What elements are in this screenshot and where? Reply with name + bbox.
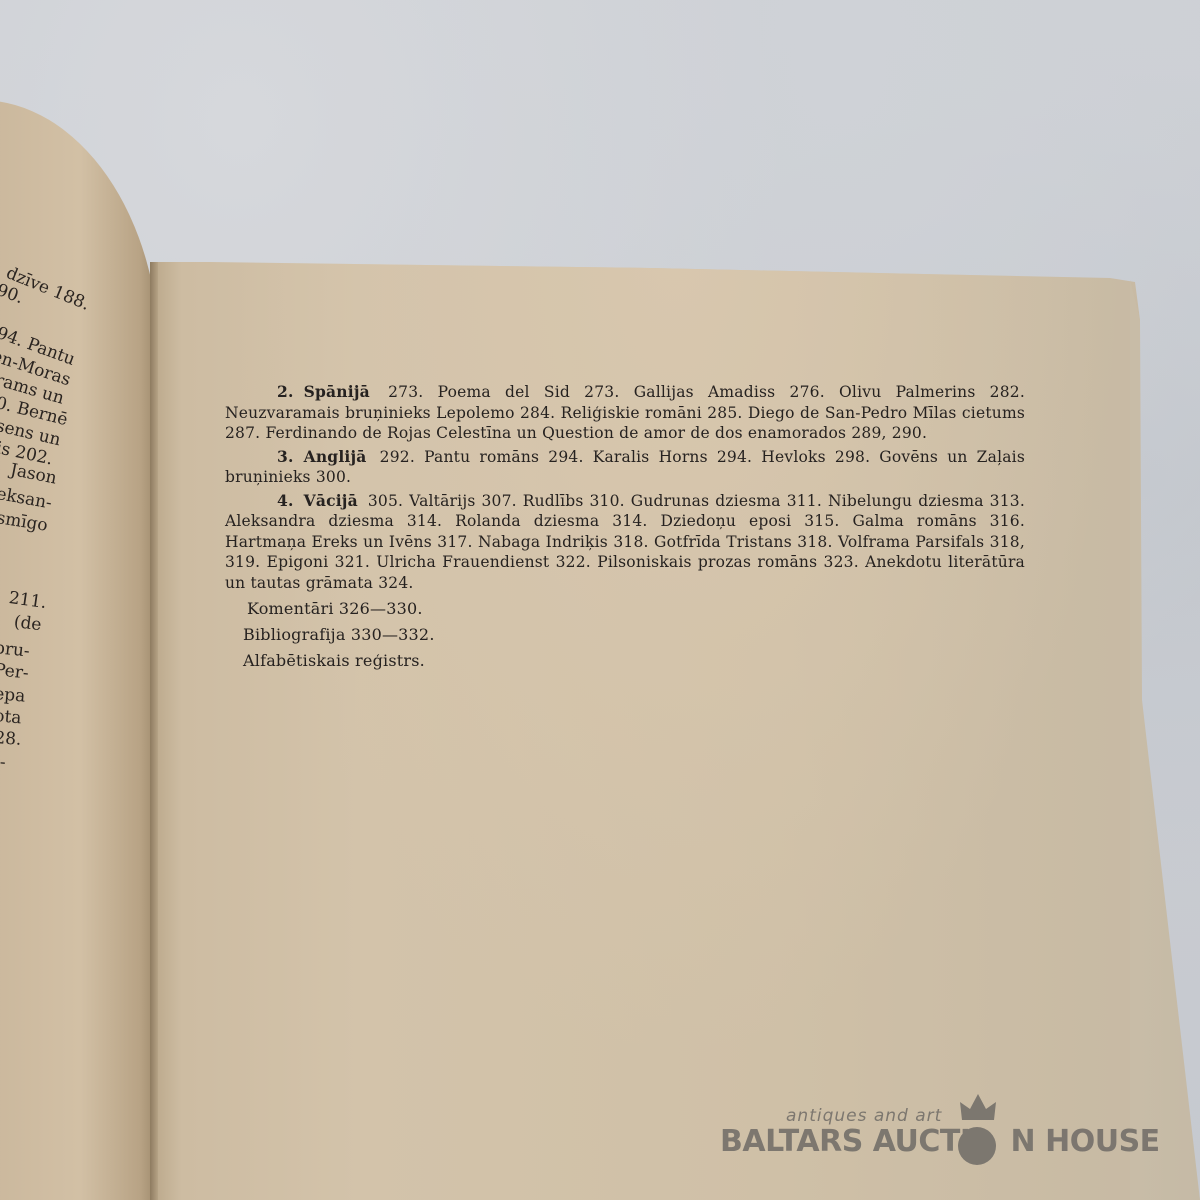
left-page: dzīve 188. 90. 94. Pantu en-Moras rams u… xyxy=(0,100,160,1200)
left-fragment: 211. xyxy=(8,590,48,612)
watermark-name-part1: BALTARS AUCTI xyxy=(720,1124,971,1159)
toc-index: Alfabētiskais reģistrs. xyxy=(243,648,1025,674)
entry-heading: Spānijā xyxy=(304,382,370,401)
watermark-tagline: antiques and art xyxy=(786,1106,942,1126)
left-fragment: pru- xyxy=(0,640,31,661)
toc-bibliography: Bibliografija 330—332. xyxy=(243,622,1025,648)
left-fragment: - xyxy=(0,780,1,797)
table-of-contents: 2.Spānijā 273. Poema del Sid 273. Gallij… xyxy=(225,382,1025,674)
left-fragment: ota xyxy=(0,708,22,727)
left-fragment: Per- xyxy=(0,662,29,683)
left-fragment: i- xyxy=(0,754,6,772)
toc-comments: Komentāri 326—330. xyxy=(247,596,1025,622)
entry-number: 3. xyxy=(277,447,294,468)
toc-entry-spain: 2.Spānijā 273. Poema del Sid 273. Gallij… xyxy=(225,382,1025,444)
left-fragment: 28. xyxy=(0,730,22,749)
entry-number: 2. xyxy=(277,382,294,403)
left-fragment: smīgo xyxy=(0,510,49,535)
toc-entry-germany: 4.Vācijā 305. Valtārijs 307. Rudlībs 310… xyxy=(225,491,1025,594)
left-fragment: eksan- xyxy=(0,486,53,512)
orb-icon xyxy=(958,1127,996,1165)
left-fragment: epa xyxy=(0,686,26,706)
left-fragment: (de xyxy=(13,614,42,634)
toc-entry-england: 3.Anglijā 292. Pantu romāns 294. Karalis… xyxy=(225,447,1025,488)
crown-icon xyxy=(960,1094,996,1120)
entry-number: 4. xyxy=(277,491,294,512)
auction-house-watermark: antiques and art BALTARS AUCTIN HOUSE xyxy=(720,1100,1140,1170)
book-gutter xyxy=(150,262,158,1200)
entry-heading: Anglijā xyxy=(304,447,367,466)
entry-heading: Vācijā xyxy=(304,491,358,510)
left-page-text: dzīve 188. 90. 94. Pantu en-Moras rams u… xyxy=(0,100,160,1200)
watermark-name: BALTARS AUCTIN HOUSE xyxy=(720,1124,1160,1159)
watermark-name-part2: N HOUSE xyxy=(1011,1124,1160,1159)
